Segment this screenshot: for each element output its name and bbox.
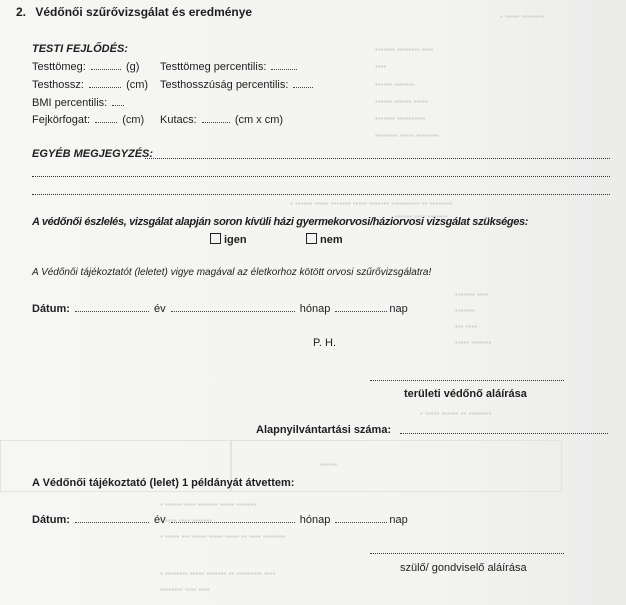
receipt-date-year-input[interactable]	[75, 513, 149, 523]
date-label: Dátum:	[32, 303, 70, 315]
bleed-through-text: ▪▪▪ ▪▪▪▪	[455, 322, 477, 331]
nurse-date-year-input[interactable]	[75, 302, 149, 312]
length-input[interactable]	[89, 78, 121, 88]
bleed-through-text: ▪ ▪▪▪▪▪▪ ▪▪▪▪▪ ▪▪▪▪▪▪▪ ▪▪▪▪▪ ▪▪▪▪▪▪▪ ▪▪▪…	[290, 199, 452, 208]
bleed-through-text: ▪ ▪▪▪▪▪▪ ▪▪▪▪ ▪▪▪▪▪▪▪ ▪▪▪▪▪ ▪▪▪▪▪▪▪	[160, 500, 256, 509]
guardian-signature-line[interactable]	[370, 553, 564, 554]
receipt-date-day-input[interactable]	[335, 513, 387, 523]
form-page: ▪ ▪▪▪▪▪ ▪▪▪▪▪▪▪▪ ▪▪▪▪▪▪▪ ▪▪▪▪▪▪▪▪ ▪▪▪▪ ▪…	[0, 0, 626, 605]
other-notes-line-1[interactable]	[145, 158, 610, 159]
bleed-through-text: ▪▪▪▪▪▪▪ ▪▪▪▪	[455, 290, 488, 299]
bleed-through-text: ▪▪▪▪▪▪ ▪▪▪▪▪▪▪	[375, 80, 414, 89]
fontanelle-field: Kutacs: (cm x cm)	[160, 113, 283, 126]
bleed-through-text: ▪▪▪▪▪▪▪ ▪▪▪▪▪▪▪▪▪▪	[375, 114, 425, 123]
registry-number-input[interactable]	[400, 433, 608, 434]
physical-development-heading: TESTI FEJLŐDÉS:	[32, 43, 128, 55]
registry-number-label: Alapnyilvántartási száma:	[256, 424, 391, 436]
receipt-date-row: Dátum: év hónap nap	[32, 513, 408, 526]
weight-percentile-field: Testtömeg percentilis:	[160, 60, 299, 73]
fontanelle-input[interactable]	[202, 113, 230, 123]
nurse-date-day-input[interactable]	[335, 302, 387, 312]
head-circumference-field: Fejkörfogat: (cm)	[32, 113, 144, 126]
bleed-through-text: ▪ ▪▪▪▪▪ ▪▪▪ ▪▪▪▪▪ ▪▪▪▪▪ ▪▪▪▪▪ ▪▪ ▪▪▪▪ ▪▪…	[160, 532, 286, 541]
referral-option-yes[interactable]: igen	[210, 233, 247, 246]
other-notes-label: EGYÉB MEGJEGYZÉS:	[32, 148, 153, 160]
bleed-through-text: ▪▪▪▪▪ ▪▪▪▪▪▪▪	[455, 338, 491, 347]
date-label: Dátum:	[32, 514, 70, 526]
bmi-percentile-input[interactable]	[112, 96, 124, 106]
section-number: 2.	[16, 5, 26, 19]
bleed-through-text: ▪▪▪▪▪▪▪	[455, 306, 475, 315]
checkbox-yes[interactable]	[210, 233, 221, 244]
guardian-signature-label: szülő/ gondviselő aláírása	[400, 562, 527, 574]
bleed-through-text: ▪▪▪▪	[375, 62, 386, 71]
bleed-through-text: ▪ ▪▪▪▪▪▪▪▪ ▪▪▪▪▪ ▪▪▪▪▪▪▪ ▪▪ ▪▪▪▪▪▪▪▪▪ ▪▪…	[160, 569, 275, 578]
weight-input[interactable]	[91, 60, 121, 70]
referral-question: A védőnői észlelés, vizsgálat alapján so…	[32, 216, 528, 228]
length-percentile-field: Testhosszúság percentilis:	[160, 78, 315, 91]
nurse-signature-line[interactable]	[370, 380, 564, 381]
receipt-statement: A Védőnői tájékoztató (lelet) 1 példányá…	[32, 477, 294, 489]
section-title: Védőnői szűrővizsgálat és eredménye	[35, 5, 252, 19]
bleed-through-text: ▪▪▪▪▪▪▪▪ ▪▪▪▪▪ ▪▪▪▪▪▪▪▪	[375, 131, 439, 140]
other-notes-line-3[interactable]	[32, 194, 610, 195]
nurse-signature-label: területi védőnő aláírása	[404, 388, 527, 400]
bleed-through-text: ▪ ▪▪▪▪▪ ▪▪▪▪▪▪ ▪▪ ▪▪▪▪▪▪▪▪	[420, 409, 491, 418]
bmi-percentile-field: BMI percentilis:	[32, 96, 126, 109]
checkbox-no[interactable]	[306, 233, 317, 244]
bleed-through-text: ▪▪▪▪▪▪▪ ▪▪▪▪▪▪▪▪ ▪▪▪▪	[375, 45, 433, 54]
receipt-date-month-input[interactable]	[171, 513, 295, 523]
bleed-through-text: ▪▪▪▪▪▪▪▪ ▪▪▪▪ ▪▪▪▪	[160, 585, 210, 594]
bleed-through-text: ▪ ▪▪▪▪▪ ▪▪▪▪▪▪▪▪	[500, 12, 544, 21]
nurse-date-row: Dátum: év hónap nap	[32, 302, 408, 315]
length-percentile-input[interactable]	[293, 78, 313, 88]
section-heading: 2. Védőnői szűrővizsgálat és eredménye	[16, 5, 252, 19]
head-circumference-input[interactable]	[95, 113, 117, 123]
weight-percentile-input[interactable]	[271, 60, 297, 70]
bleed-through-text: ▪▪▪▪▪▪ ▪▪▪▪▪▪ ▪▪▪▪▪	[375, 97, 428, 106]
notice-text: A Védőnői tájékoztatót (leletet) vigye m…	[32, 267, 431, 278]
weight-field: Testtömeg: (g)	[32, 60, 139, 73]
bleed-through-text: ▪▪▪▪▪▪	[320, 460, 337, 469]
referral-option-no[interactable]: nem	[306, 233, 343, 246]
other-notes-line-2[interactable]	[32, 176, 610, 177]
nurse-date-month-input[interactable]	[171, 302, 295, 312]
length-field: Testhossz: (cm)	[32, 78, 148, 91]
stamp-label: P. H.	[313, 337, 336, 349]
